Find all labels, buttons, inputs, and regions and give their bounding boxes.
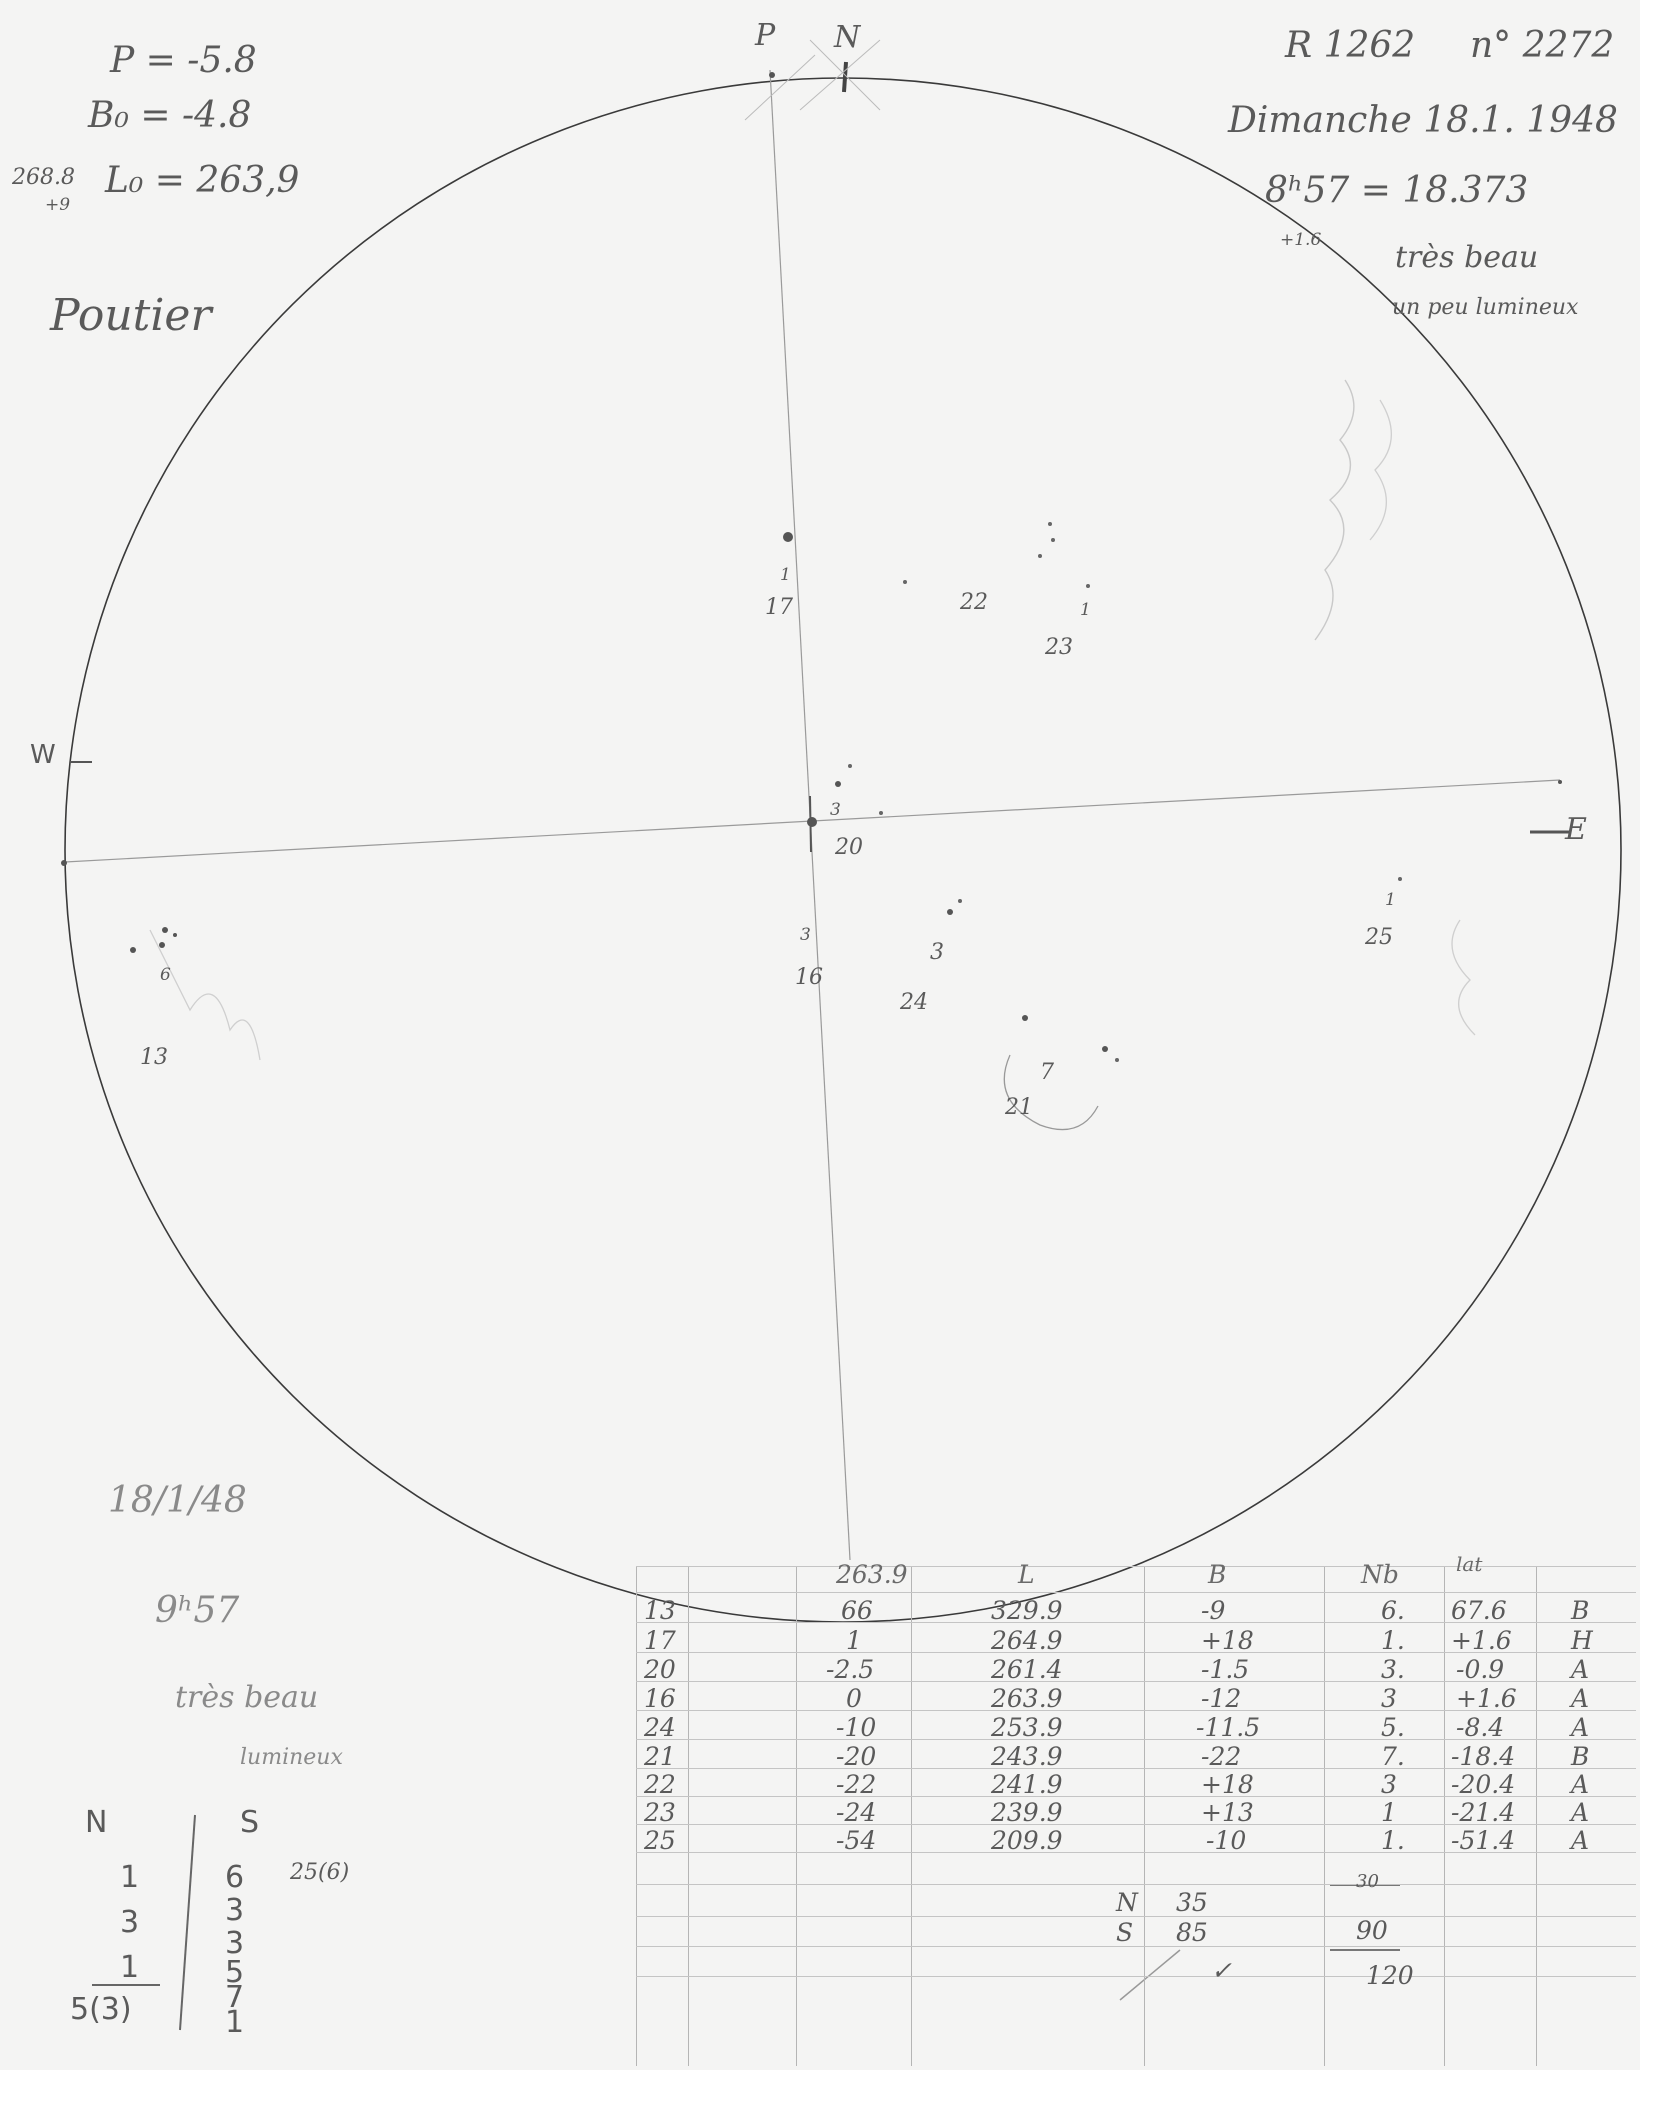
- row-n: 6.: [1381, 1596, 1405, 1625]
- note-conditions-1: très beau: [175, 1680, 318, 1715]
- row-n: 1.: [1381, 1826, 1405, 1855]
- tally-n-value: 1: [120, 1860, 139, 1895]
- header-extra: lat: [1456, 1552, 1482, 1576]
- header-latitude: B: [1208, 1560, 1226, 1589]
- row-class: A: [1571, 1655, 1589, 1684]
- row-class: B: [1571, 1742, 1589, 1771]
- group-21-label: 21: [1005, 1095, 1033, 1120]
- row-dl: -24: [836, 1798, 876, 1827]
- summary-n-label: N: [1116, 1888, 1138, 1917]
- note-conditions-2: lumineux: [240, 1745, 343, 1770]
- tally-n-value: 3: [120, 1905, 139, 1940]
- register-number: R 1262: [1285, 25, 1415, 66]
- group-24-count: 3: [930, 940, 944, 965]
- row-dl: 1: [846, 1626, 862, 1655]
- row-lat: +1.6: [1456, 1684, 1517, 1713]
- row-dl: -54: [836, 1826, 876, 1855]
- row-l: 253.9: [991, 1713, 1063, 1742]
- summary-check: ✓: [1211, 1956, 1232, 1985]
- row-n: 7.: [1381, 1742, 1405, 1771]
- row-b: -1.5: [1201, 1655, 1249, 1684]
- east-label: E: [1565, 812, 1587, 847]
- l0-value: L₀ = 263,9: [105, 160, 299, 201]
- header-count: Nb: [1361, 1560, 1399, 1589]
- tally-s-value: 3: [225, 1893, 244, 1928]
- row-id: 16: [644, 1684, 676, 1713]
- tally-n-value: 1: [120, 1950, 139, 1985]
- row-l: 243.9: [991, 1742, 1063, 1771]
- observation-date: Dimanche 18.1. 1948: [1228, 100, 1618, 141]
- row-id: 20: [644, 1655, 676, 1684]
- row-class: A: [1571, 1826, 1589, 1855]
- observer-name: Poutier: [50, 290, 211, 341]
- row-b: -22: [1201, 1742, 1241, 1771]
- row-b: +13: [1201, 1798, 1254, 1827]
- tally-s-value: 1: [225, 2005, 244, 2040]
- l0-aside-sub: +9: [45, 195, 70, 215]
- note-time: 9ʰ57: [155, 1590, 239, 1631]
- row-b: -11.5: [1196, 1713, 1260, 1742]
- row-l: 261.4: [991, 1655, 1063, 1684]
- row-lat: -0.9: [1456, 1655, 1504, 1684]
- summary-s-value: 85: [1176, 1918, 1208, 1947]
- north-label: N: [834, 20, 860, 55]
- group-17-count: 1: [780, 565, 791, 585]
- row-b: +18: [1201, 1626, 1254, 1655]
- group-13-count: 6: [160, 965, 171, 985]
- row-class: A: [1571, 1770, 1589, 1799]
- tally-n-header: N: [85, 1805, 107, 1840]
- row-dl: -10: [836, 1713, 876, 1742]
- row-id: 22: [644, 1770, 676, 1799]
- row-dl: 66: [841, 1596, 873, 1625]
- row-lat: 67.6: [1451, 1596, 1507, 1625]
- row-l: 263.9: [991, 1684, 1063, 1713]
- sunspot-table: 263.9 L B Nb lat 13 66 329.9 -9 6. 67.6 …: [636, 1566, 1636, 2066]
- b0-value: B₀ = -4.8: [88, 95, 251, 136]
- group-16-count: 3: [800, 925, 811, 945]
- group-20-count: 3: [830, 800, 841, 820]
- row-id: 21: [644, 1742, 676, 1771]
- row-class: B: [1571, 1596, 1589, 1625]
- row-lat: -51.4: [1451, 1826, 1515, 1855]
- lat-note: +1.6: [1280, 230, 1321, 250]
- row-dl: -22: [836, 1770, 876, 1799]
- tally-n-total: 5(3): [70, 1992, 132, 2027]
- row-id: 23: [644, 1798, 676, 1827]
- row-l: 241.9: [991, 1770, 1063, 1799]
- summary-n-value: 35: [1176, 1888, 1208, 1917]
- observation-time: 8ʰ57 = 18.373: [1265, 170, 1528, 211]
- group-13-label: 13: [140, 1045, 168, 1070]
- row-n: 3: [1381, 1684, 1397, 1713]
- header-longitude: L: [1018, 1560, 1035, 1589]
- row-n: 3: [1381, 1770, 1397, 1799]
- summary-sub1: 30: [1356, 1871, 1379, 1892]
- row-lat: -18.4: [1451, 1742, 1515, 1771]
- summary-s-label: S: [1116, 1918, 1133, 1947]
- tally-s-value: 6: [225, 1860, 244, 1895]
- row-id: 13: [644, 1596, 676, 1625]
- row-lat: -21.4: [1451, 1798, 1515, 1827]
- group-16-label: 16: [795, 965, 823, 990]
- row-l: 209.9: [991, 1826, 1063, 1855]
- row-dl: -2.5: [826, 1655, 874, 1684]
- group-22-label: 22: [960, 590, 988, 615]
- group-25-label: 25: [1365, 925, 1393, 950]
- row-lat: +1.6: [1451, 1626, 1512, 1655]
- tally-aside: 25(6): [290, 1860, 349, 1885]
- west-label: W: [30, 740, 56, 770]
- row-l: 239.9: [991, 1798, 1063, 1827]
- row-n: 1.: [1381, 1626, 1405, 1655]
- row-id: 25: [644, 1826, 676, 1855]
- p-angle: P = -5.8: [110, 40, 257, 81]
- group-25-count: 1: [1385, 890, 1396, 910]
- pole-label: P: [755, 18, 775, 53]
- conditions-line2: un peu lumineux: [1392, 295, 1578, 320]
- row-lat: -8.4: [1456, 1713, 1504, 1742]
- header-l0: 263.9: [836, 1560, 908, 1589]
- drawing-number: n° 2272: [1470, 25, 1614, 66]
- group-20-label: 20: [835, 835, 863, 860]
- row-b: +18: [1201, 1770, 1254, 1799]
- row-l: 264.9: [991, 1626, 1063, 1655]
- row-id: 24: [644, 1713, 676, 1742]
- summary-sub2: 90: [1356, 1916, 1388, 1945]
- l0-aside: 268.8: [12, 165, 75, 190]
- row-b: -9: [1201, 1596, 1225, 1625]
- row-b: -12: [1201, 1684, 1241, 1713]
- row-lat: -20.4: [1451, 1770, 1515, 1799]
- row-class: H: [1571, 1626, 1593, 1655]
- tally-s-header: S: [240, 1805, 259, 1840]
- summary-total: 120: [1366, 1961, 1414, 1990]
- group-17-label: 17: [765, 595, 793, 620]
- row-n: 3.: [1381, 1655, 1405, 1684]
- row-class: A: [1571, 1684, 1589, 1713]
- row-n: 1: [1381, 1798, 1397, 1827]
- row-dl: -20: [836, 1742, 876, 1771]
- group-24-label: 24: [900, 990, 928, 1015]
- group-21-count: 7: [1040, 1060, 1054, 1085]
- row-b: -10: [1206, 1826, 1246, 1855]
- row-dl: 0: [846, 1684, 862, 1713]
- group-23-label: 23: [1045, 635, 1073, 660]
- row-class: A: [1571, 1798, 1589, 1827]
- row-l: 329.9: [991, 1596, 1063, 1625]
- conditions-line1: très beau: [1395, 240, 1538, 275]
- note-date: 18/1/48: [108, 1480, 247, 1521]
- row-n: 5.: [1381, 1713, 1405, 1742]
- group-23-count: 1: [1080, 600, 1091, 620]
- row-id: 17: [644, 1626, 676, 1655]
- row-class: A: [1571, 1713, 1589, 1742]
